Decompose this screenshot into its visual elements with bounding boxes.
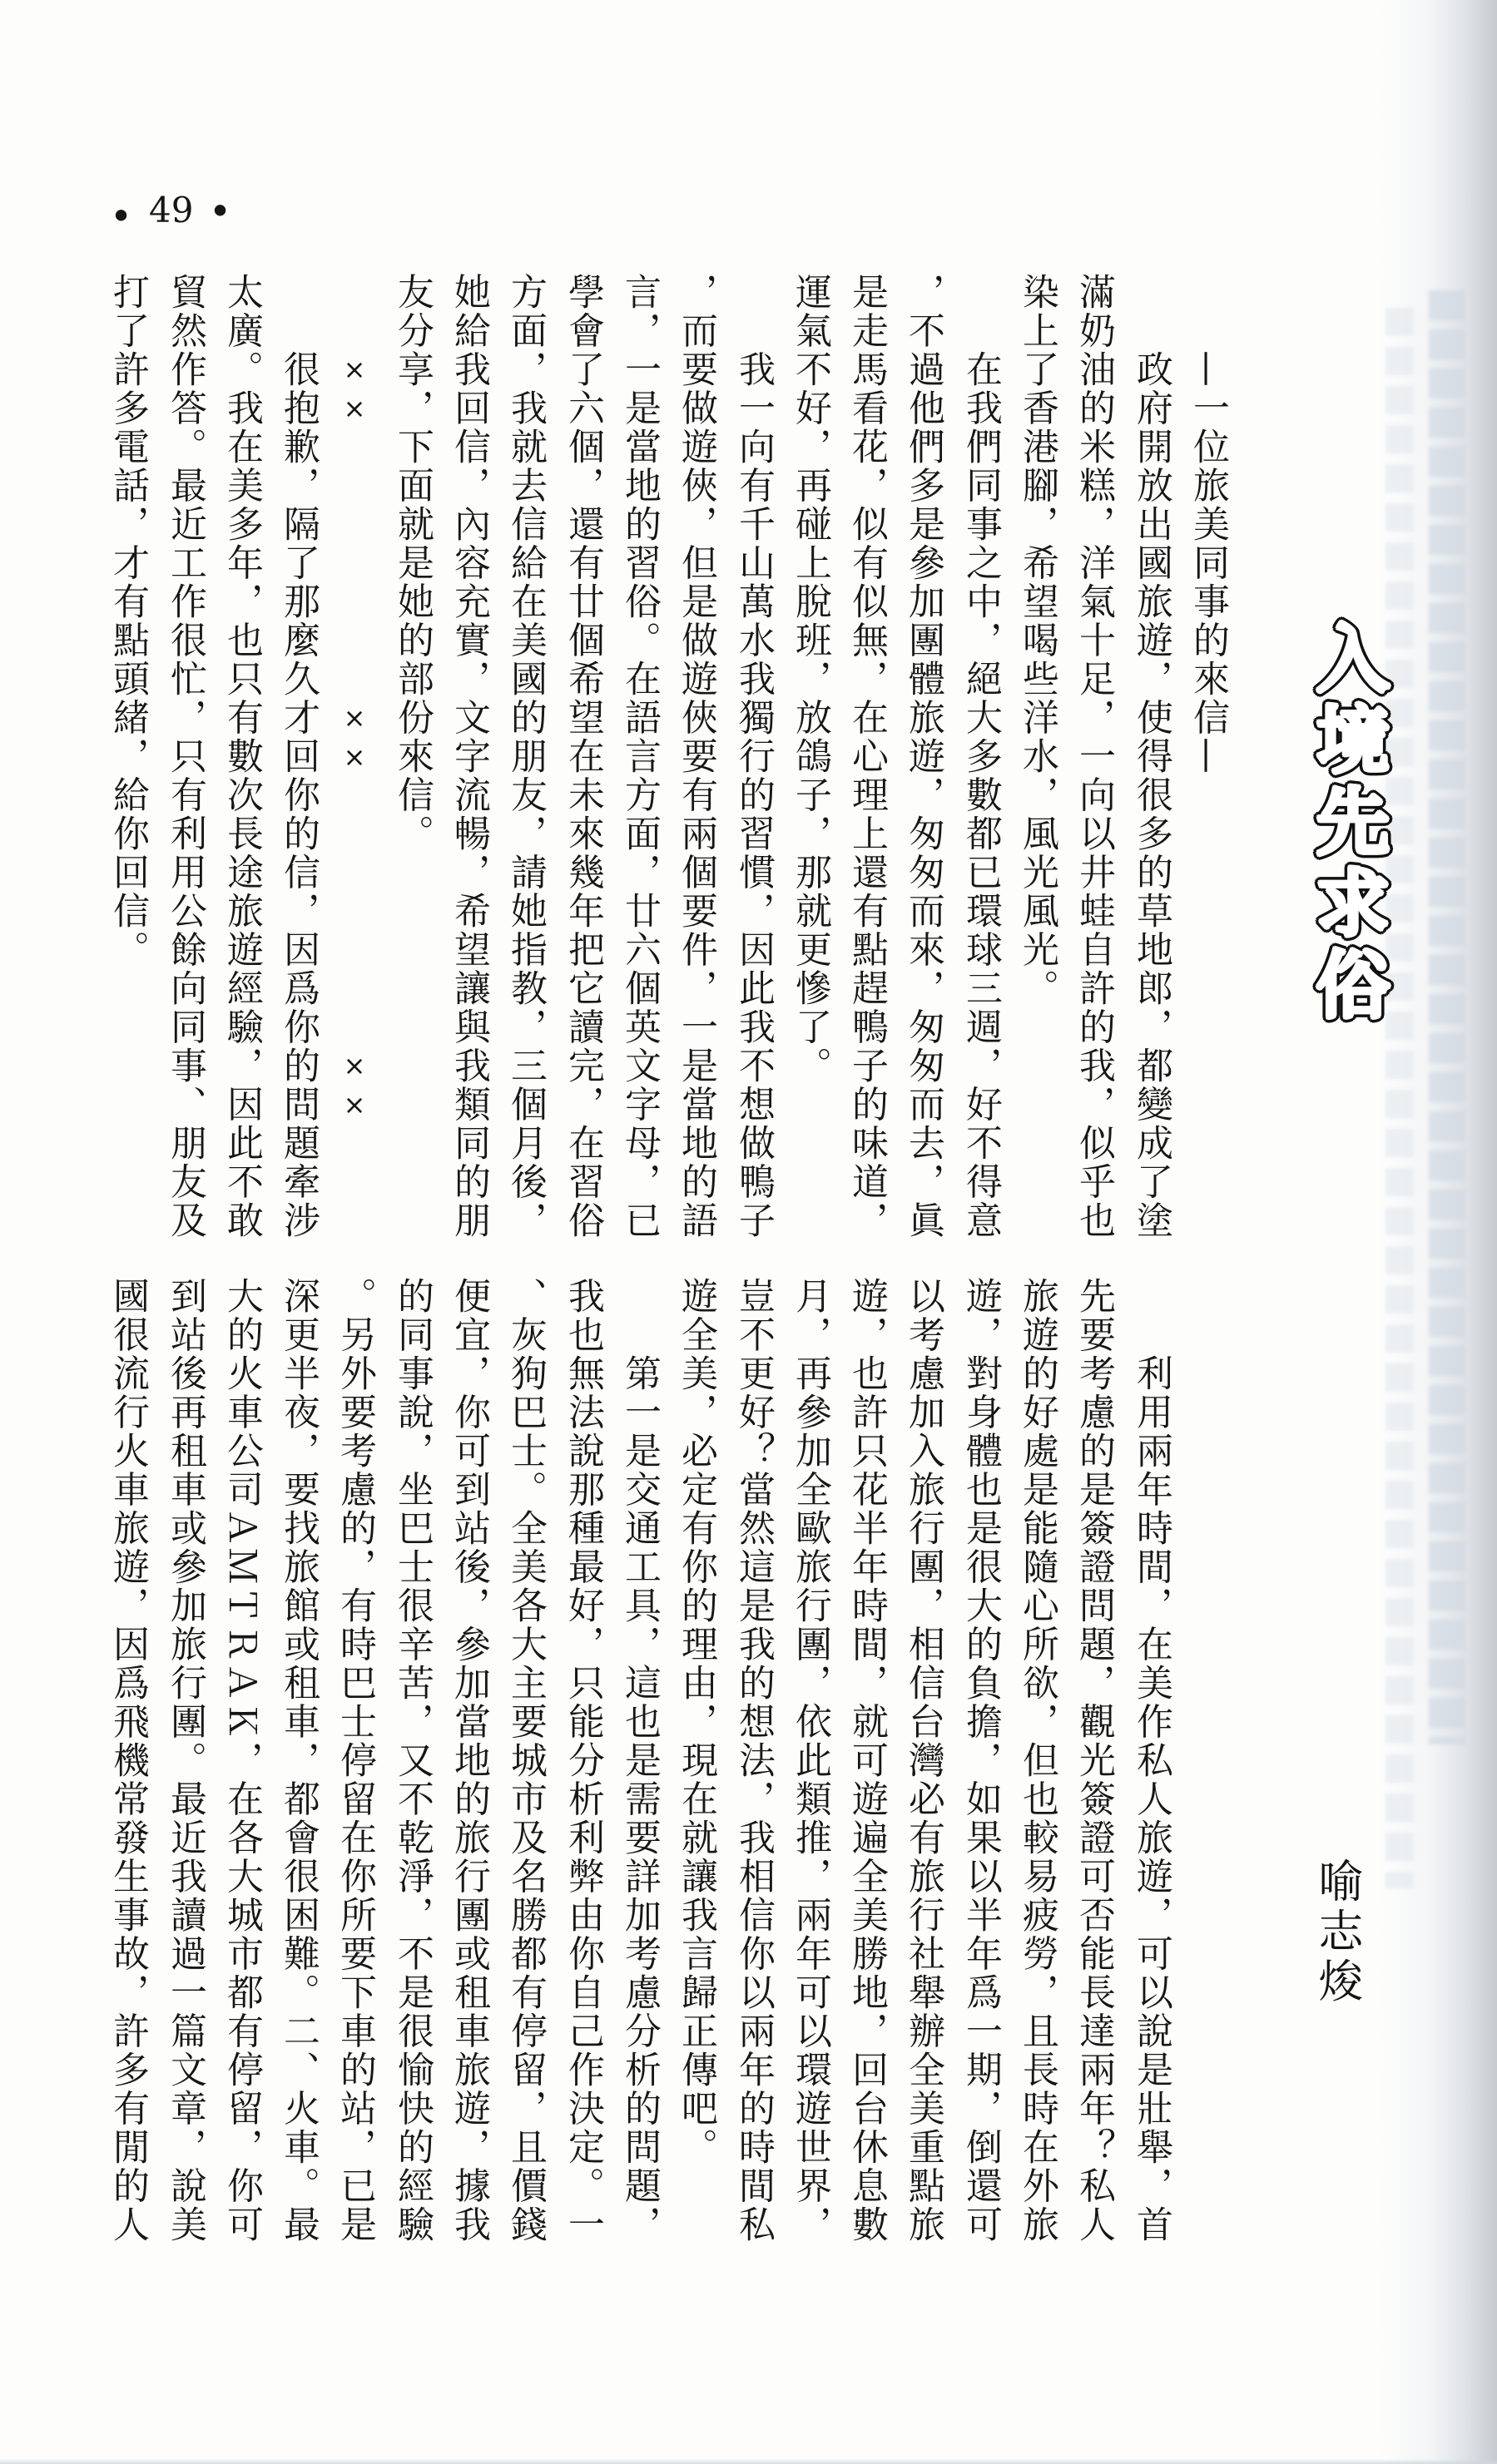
text-column: 方面，我就去信給在美國的朋友，請她指教，三個月後，	[506, 273, 544, 1240]
text-column: 在我們同事之中，絕大多數都已環球三週，好不得意	[961, 273, 999, 1240]
text-column: 豈不更好？當然這是我的想法，我相信你以兩年的時間私	[734, 1277, 772, 2244]
subtitle: —一位旅美同事的來信—	[1188, 273, 1227, 776]
letter-text-column: 打了許多電話，才有點頭緒，給你回信。	[108, 273, 146, 969]
text-column: 、灰狗巴士。全美各大主要城市及名勝都有停留，且價錢	[506, 1277, 544, 2244]
text-column: 遊全美，必定有你的理由，現在就讓我言歸正傳吧。	[677, 1277, 715, 2167]
text-column: 遊，對身體也是很大的負擔，如果以半年爲一期，倒還可	[961, 1277, 999, 2244]
text-column: 她給我回信，內容充實，文字流暢，希望讓與我類同的朋	[449, 273, 488, 1240]
letter-text-column: 貿然作答。最近工作很忙，只有利用公餘向同事、朋友及	[166, 273, 204, 1240]
text-column: 。另外要考慮的，有時巴士停留在你所要下車的站，已是	[335, 1277, 374, 2244]
text-column: 以考慮加入旅行團，相信台灣必有旅行社舉辦全美重點旅	[904, 1277, 942, 2244]
title-character: 求	[1311, 863, 1395, 945]
section-separator-mark: ××	[335, 699, 374, 776]
text-column: 友分享，下面就是她的部份來信。	[393, 273, 431, 853]
text-column: ，不過他們多是參加團體旅遊，匆匆而來，匆匆而去，眞	[904, 273, 942, 1240]
title-character: 俗	[1311, 945, 1395, 1027]
article-title: 入 境 先 求 俗	[1311, 619, 1395, 1027]
text-column: ，而要做遊俠，但是做遊俠要有兩個要件，一是當地的語	[677, 273, 715, 1240]
text-column: 是走馬看花，似有似無，在心理上還有點趕鴨子的味道，	[847, 273, 885, 1240]
page-number: · 49 ·	[107, 190, 240, 230]
letter-text-column: 很抱歉，隔了那麼久才回你的信，因爲你的問題牽涉	[279, 273, 317, 1240]
text-column: 國很流行火車旅遊，因爲飛機常發生事故，許多有閒的人	[108, 1277, 146, 2244]
page-number-value: 49	[149, 193, 193, 228]
page-number-ornament-right: ·	[210, 202, 226, 219]
text-column: 到站後再租車或參加旅行團。最近我讀過一篇文章，說美	[166, 1277, 204, 2244]
section-separator-mark: ××	[335, 1046, 374, 1124]
text-column: 旅遊的好處是能隨心所欲，但也較易疲勞，且長時在外旅	[1018, 1277, 1056, 2244]
title-character: 境	[1311, 700, 1395, 782]
text-column: 我一向有千山萬水我獨行的習慣，因此我不想做鴨子	[734, 273, 772, 1240]
text-column-amtrak: 大的火車公司ＡＭＴＲＡＫ，在各大城市都有停留，你可	[222, 1277, 260, 2244]
text-column: 的同事說，坐巴士很辛苦，又不乾淨，不是很愉快的經驗	[393, 1277, 431, 2244]
text-column: 先要考慮的是簽證問題，觀光簽證可否能長達兩年？私人	[1074, 1277, 1113, 2244]
text-column: 遊，也許只花半年時間，就可遊遍全美勝地，回台休息數	[847, 1277, 885, 2244]
text-column: 言，一是當地的習俗。在語言方面，廿六個英文字母，已	[620, 273, 658, 1240]
text-column: 我也無法說那種最好，只能分析利弊由你自己作決定。一	[563, 1277, 602, 2244]
section-separator-mark: ××	[335, 350, 374, 428]
latin-word-amtrak: ＡＭＴＲＡＫ	[221, 1509, 263, 1741]
text-column: 第一是交通工具，這也是需要詳加考慮分析的問題，	[620, 1277, 658, 2244]
letter-text-column: 太廣。我在美多年，也只有數次長途旅遊經驗，因此不敢	[222, 273, 260, 1240]
text-column: 染上了香港腳，希望喝些洋水，風光風光。	[1018, 273, 1056, 1008]
text-column: 滿奶油的米糕，洋氣十足，一向以井蛙自許的我，似乎也	[1074, 273, 1113, 1240]
text-column: 運氣不好，再碰上脫班，放鴿子，那就更慘了。	[791, 273, 829, 1086]
text-column: 深更半夜，要找旅館或租車，都會很困難。二、火車。最	[279, 1277, 317, 2244]
title-character: 入	[1311, 619, 1395, 700]
text-column: 學會了六個，還有廿個希望在未來幾年把它讀完，在習俗	[563, 273, 602, 1240]
title-character: 先	[1311, 782, 1395, 863]
text-column: 政府開放出國旅遊，使得很多的草地郎，都變成了塗	[1132, 273, 1170, 1240]
page-number-ornament-left: ·	[111, 207, 127, 224]
text-segment: ，在各大城市都有停留，你可	[221, 1741, 263, 2244]
text-column: 便宜，你可到站後，參加當地的旅行團或租車旅遊，據我	[449, 1277, 488, 2244]
author-byline: 喻志焌	[1312, 1858, 1362, 2007]
page-bottom-edge	[0, 2459, 1497, 2464]
text-column: 利用兩年時間，在美作私人旅遊，可以說是壯舉，首	[1132, 1277, 1170, 2244]
text-segment: 大的火車公司	[221, 1277, 263, 1509]
page-edge-shadow	[1381, 0, 1497, 2464]
text-column: 月，再參加全歐旅行團，依此類推，兩年可以環遊世界，	[791, 1277, 829, 2244]
